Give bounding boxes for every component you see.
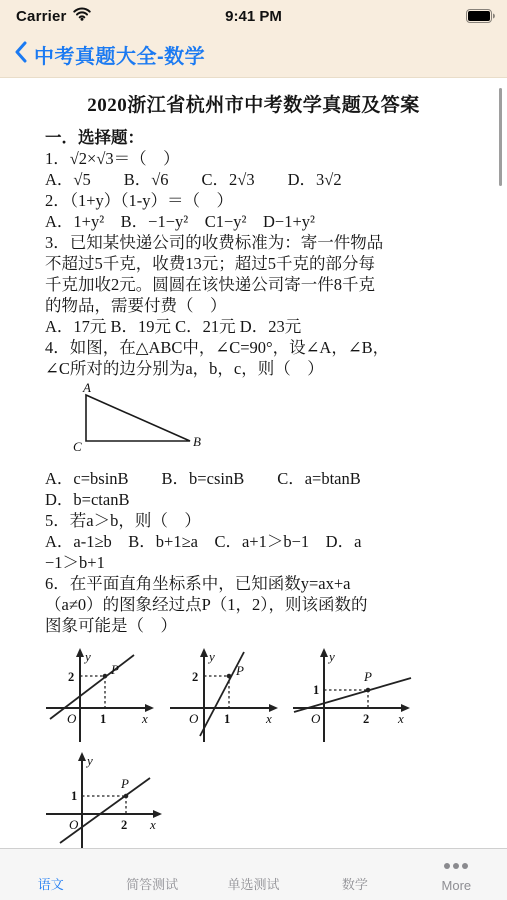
svg-text:1: 1 bbox=[71, 789, 77, 803]
doc-line: D．b=ctanB bbox=[0, 489, 507, 510]
doc-line: 4．如图，在△ABC中，∠C=90°，设∠A，∠B， bbox=[0, 337, 507, 358]
svg-text:O: O bbox=[311, 711, 321, 726]
doc-line: A．√5 B．√6 C．2√3 D．3√2 bbox=[0, 169, 507, 190]
svg-text:2: 2 bbox=[363, 712, 369, 726]
svg-text:O: O bbox=[189, 711, 199, 726]
doc-line: 不超过5千克，收费13元；超过5千克的部分每 bbox=[0, 253, 507, 274]
doc-line: 的物品，需要付费（ ） bbox=[0, 295, 507, 316]
doc-line: A．17元 B．19元 C．21元 D．23元 bbox=[0, 316, 507, 337]
tab-label: More bbox=[442, 878, 472, 893]
tab-label: 简答测试 bbox=[126, 874, 178, 893]
tab-jianda-ceshi[interactable]: 简答测试 bbox=[101, 849, 202, 900]
status-bar: Carrier 9:41 PM bbox=[0, 0, 507, 32]
doc-line: 5．若a＞b，则（ ） bbox=[0, 510, 507, 531]
doc-line: −1＞b+1 bbox=[0, 552, 507, 573]
document-title: 2020浙江省杭州市中考数学真题及答案 bbox=[0, 90, 507, 117]
triangle-vertex-b: B bbox=[193, 434, 201, 449]
svg-text:2: 2 bbox=[68, 670, 74, 684]
app-window: Carrier 9:41 PM bbox=[0, 0, 507, 900]
more-ellipsis-icon bbox=[444, 863, 468, 869]
top-chrome: Carrier 9:41 PM bbox=[0, 0, 507, 78]
back-button[interactable]: 中考真题大全-数学 bbox=[14, 40, 205, 69]
svg-text:y: y bbox=[83, 649, 91, 664]
tab-label: 语文 bbox=[38, 874, 64, 893]
svg-text:x: x bbox=[149, 817, 156, 832]
doc-line: ∠C所对的边分别为a，b，c，则（ ） bbox=[0, 358, 507, 379]
tab-label: 单选测试 bbox=[228, 874, 280, 893]
graph-option-c: y x O P 1 2 bbox=[290, 646, 416, 746]
svg-text:2: 2 bbox=[121, 818, 127, 832]
svg-text:x: x bbox=[141, 711, 148, 726]
svg-text:P: P bbox=[363, 669, 372, 684]
tab-label: 数学 bbox=[342, 874, 368, 893]
graph-option-d: y x O P 1 2 bbox=[42, 750, 168, 848]
svg-text:2: 2 bbox=[192, 670, 198, 684]
svg-text:x: x bbox=[397, 711, 404, 726]
scrollbar-thumb[interactable] bbox=[499, 88, 502, 186]
tab-danxuan-ceshi[interactable]: 单选测试 bbox=[203, 849, 304, 900]
doc-line: 2．（1+y）（1-y）＝（ ） bbox=[0, 190, 507, 211]
doc-line: 一．选择题： bbox=[0, 127, 507, 148]
graph-option-b: y x O P 2 1 bbox=[166, 646, 284, 746]
document-scroll-area[interactable]: 2020浙江省杭州市中考数学真题及答案 一．选择题： 1．√2×√3＝（ ） A… bbox=[0, 78, 507, 848]
answer-graphs-row: y x O P 2 1 y x bbox=[42, 646, 507, 746]
svg-text:x: x bbox=[265, 711, 272, 726]
svg-text:y: y bbox=[207, 649, 215, 664]
answer-graph-d-row: y x O P 1 2 bbox=[42, 750, 507, 848]
triangle-figure: A C B bbox=[72, 383, 507, 458]
svg-text:y: y bbox=[85, 753, 93, 768]
doc-line: A．c=bsinB B．b=csinB C．a=btanB bbox=[0, 468, 507, 489]
tab-yuwen[interactable]: 语文 bbox=[0, 849, 101, 900]
triangle-vertex-a: A bbox=[82, 383, 91, 395]
svg-text:1: 1 bbox=[313, 683, 319, 697]
doc-line: 3．已知某快递公司的收费标准为：寄一件物品 bbox=[0, 232, 507, 253]
doc-line: 1．√2×√3＝（ ） bbox=[0, 148, 507, 169]
tab-shuxue[interactable]: 数学 bbox=[304, 849, 405, 900]
doc-line: （a≠0）的图象经过点P（1，2），则该函数的 bbox=[0, 594, 507, 615]
svg-text:O: O bbox=[69, 817, 79, 832]
doc-line: 图象可能是（ ） bbox=[0, 615, 507, 636]
nav-back-title: 中考真题大全-数学 bbox=[34, 40, 205, 69]
battery-icon bbox=[466, 9, 495, 23]
graph-option-a: y x O P 2 1 bbox=[42, 646, 160, 746]
svg-text:P: P bbox=[110, 662, 119, 677]
svg-text:O: O bbox=[67, 711, 77, 726]
doc-line: 千克加收2元。圆圆在该快递公司寄一件8千克 bbox=[0, 274, 507, 295]
doc-line: A．1+y² B．−1−y² C1−y² D−1+y² bbox=[0, 211, 507, 232]
back-chevron-icon bbox=[14, 41, 27, 68]
svg-text:y: y bbox=[327, 649, 335, 664]
doc-line: A．a-1≥b B．b+1≥a C．a+1＞b−1 D．a bbox=[0, 531, 507, 552]
svg-text:1: 1 bbox=[224, 712, 230, 726]
svg-text:1: 1 bbox=[100, 712, 106, 726]
triangle-vertex-c: C bbox=[73, 439, 82, 453]
exam-document: 2020浙江省杭州市中考数学真题及答案 一．选择题： 1．√2×√3＝（ ） A… bbox=[0, 90, 507, 848]
tab-more[interactable]: More bbox=[406, 849, 507, 900]
navigation-bar: 中考真题大全-数学 bbox=[0, 32, 507, 78]
svg-text:P: P bbox=[235, 663, 244, 678]
clock: 9:41 PM bbox=[0, 8, 507, 25]
tab-bar: 语文 简答测试 单选测试 数学 More bbox=[0, 848, 507, 900]
svg-text:P: P bbox=[120, 776, 129, 791]
doc-line: 6．在平面直角坐标系中，已知函数y=ax+a bbox=[0, 573, 507, 594]
